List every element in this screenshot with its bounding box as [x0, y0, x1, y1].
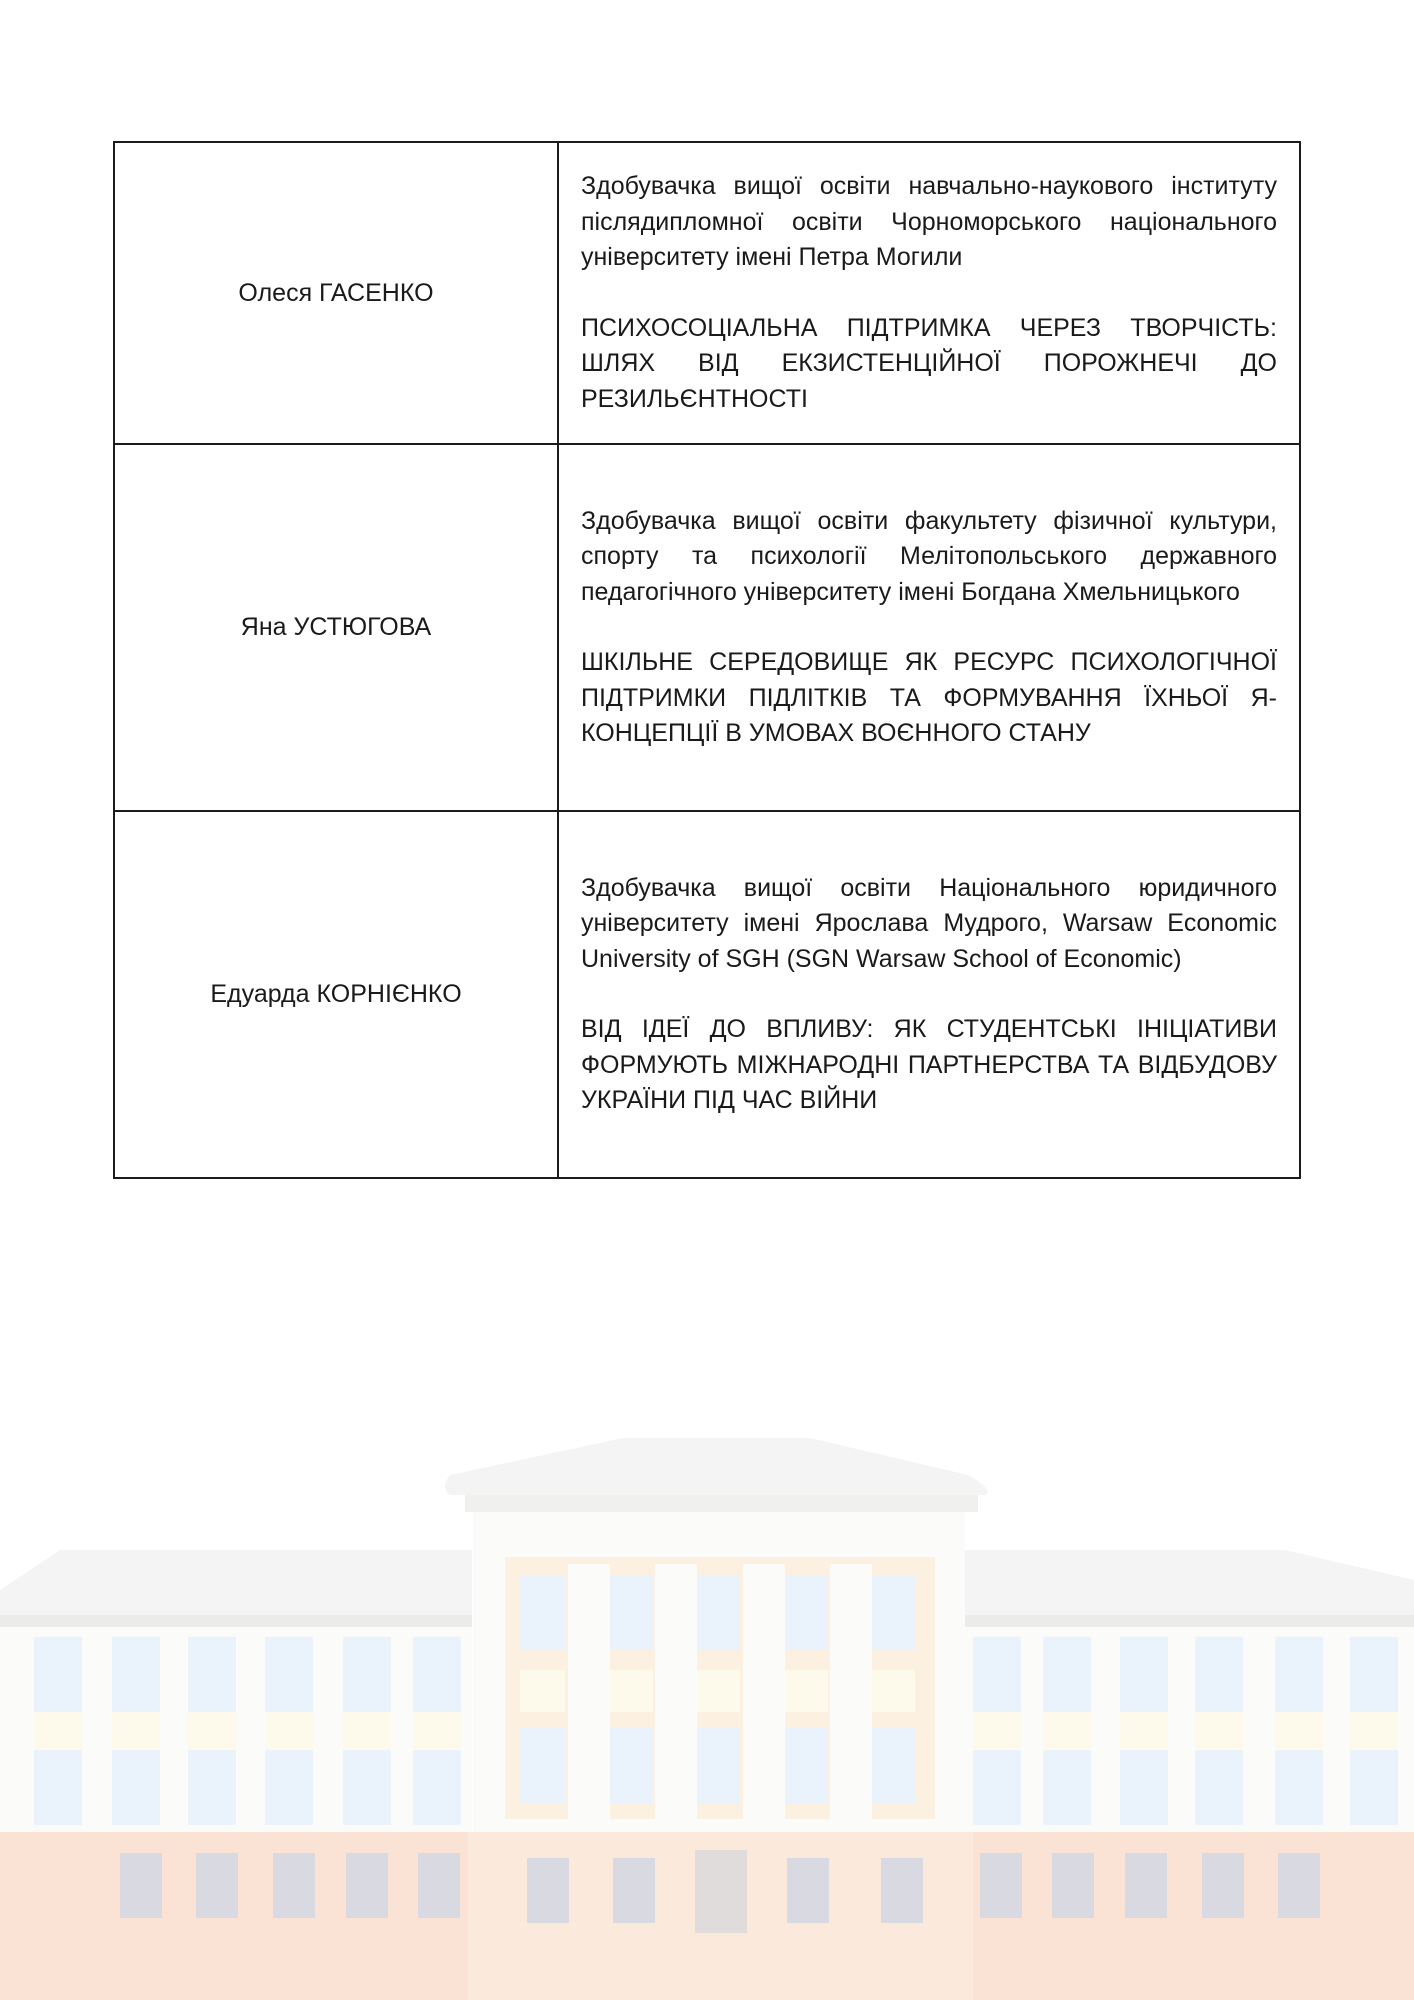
participant-info: Здобувачка вищої освіти Національного юр… — [558, 811, 1300, 1178]
participant-topic: ВІД ІДЕЇ ДО ВПЛИВУ: ЯК СТУДЕНТСЬКІ ІНІЦІ… — [581, 1012, 1277, 1119]
participant-topic: ШКІЛЬНЕ СЕРЕДОВИЩЕ ЯК РЕСУРС ПСИХОЛОГІЧН… — [581, 645, 1277, 752]
participant-info: Здобувачка вищої освіти навчально-науков… — [558, 142, 1300, 444]
participant-name: Олеся ГАСЕНКО — [114, 142, 558, 444]
participant-affiliation: Здобувачка вищої освіти навчально-науков… — [581, 169, 1277, 276]
table-row: Олеся ГАСЕНКО Здобувачка вищої освіти на… — [114, 142, 1300, 444]
participant-name: Едуарда КОРНІЄНКО — [114, 811, 558, 1178]
participant-topic: ПСИХОСОЦІАЛЬНА ПІДТРИМКА ЧЕРЕЗ ТВОРЧІСТЬ… — [581, 311, 1277, 418]
participant-affiliation: Здобувачка вищої освіти Національного юр… — [581, 871, 1277, 978]
participant-name: Яна УСТЮГОВА — [114, 444, 558, 811]
table-row: Едуарда КОРНІЄНКО Здобувачка вищої освіт… — [114, 811, 1300, 1178]
university-building-illustration — [0, 1420, 1414, 2000]
participant-affiliation: Здобувачка вищої освіти факультету фізич… — [581, 504, 1277, 611]
participant-info: Здобувачка вищої освіти факультету фізич… — [558, 444, 1300, 811]
table-row: Яна УСТЮГОВА Здобувачка вищої освіти фак… — [114, 444, 1300, 811]
participants-table: Олеся ГАСЕНКО Здобувачка вищої освіти на… — [113, 141, 1301, 1179]
